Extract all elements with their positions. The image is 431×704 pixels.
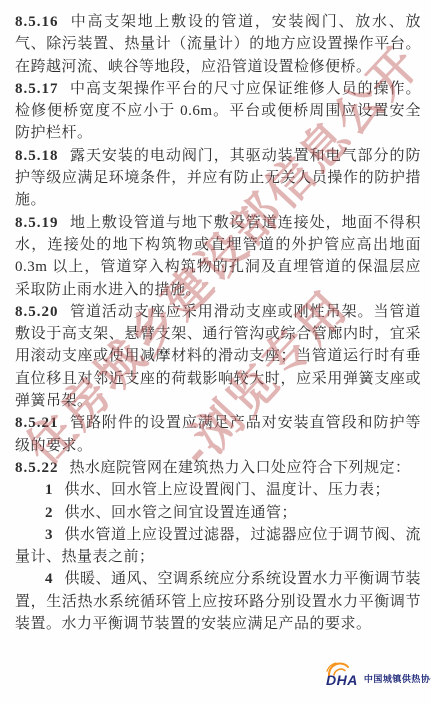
list-item: 3供水管道上应设置过滤器，过滤器应位于调节阀、流量计、热量表之前； <box>15 524 421 569</box>
cdha-logo: DHA 中国城镇供热协会 <box>326 662 431 690</box>
list-item-number: 4 <box>45 571 54 587</box>
list-item: 2供水、回水管之间宜设置连通管； <box>15 502 421 524</box>
list-item-text: 供水管道上应设置过滤器，过滤器应位于调节阀、流量计、热量表之前； <box>15 527 421 565</box>
list-item-text: 供水、回水管上应设置阀门、温度计、压力表； <box>65 482 391 498</box>
section-number: 8.5.16 <box>15 14 59 30</box>
section-paragraph: 8.5.16中高支架地上敷设的管道，安装阀门、放水、放气、除污装置、热量计（流量… <box>15 11 421 78</box>
section-text: 地上敷设管道与地下敷设管道连接处，地面不得积水，连接处的地下构筑物或直埋管道的外… <box>15 215 421 298</box>
section-number: 8.5.20 <box>15 304 59 320</box>
section-number: 8.5.22 <box>15 460 59 476</box>
section-paragraph: 8.5.17中高支架操作平台的尺寸应保证维修人员的操作。检修便桥宽度不应小于 0… <box>15 78 421 145</box>
list-item-number: 3 <box>45 527 54 543</box>
list-item: 4供暖、通风、空调系统应分系统设置水力平衡调节装置，生活热水系统循环管上应按环路… <box>15 568 421 635</box>
document-text: 8.5.16中高支架地上敷设的管道，安装阀门、放水、放气、除污装置、热量计（流量… <box>15 11 421 635</box>
logo-org-name: 中国城镇供热协会 <box>364 672 431 685</box>
section-paragraph: 8.5.21管路附件的设置应满足产品对安装直管段和防护等级的要求。 <box>15 412 421 457</box>
section-paragraph: 8.5.22热水庭院管网在建筑热力入口处应符合下列规定： <box>15 457 421 479</box>
list-item-text: 供暖、通风、空调系统应分系统设置水力平衡调节装置，生活热水系统循环管上应按环路分… <box>15 571 421 632</box>
section-number: 8.5.19 <box>15 215 59 231</box>
section-text: 管道活动支座应采用滑动支座或刚性吊架。当管道敷设于高支架、悬臂支架、通行管沟或综… <box>15 304 421 409</box>
logo-rays-icon <box>326 662 356 676</box>
list-item-text: 供水、回水管之间宜设置连通管； <box>65 505 298 521</box>
section-text: 中高支架地上敷设的管道，安装阀门、放水、放气、除污装置、热量计（流量计）的地方应… <box>15 14 421 75</box>
list-item: 1供水、回水管上应设置阀门、温度计、压力表； <box>15 479 421 501</box>
list-item-number: 2 <box>45 505 54 521</box>
section-number: 8.5.17 <box>15 81 59 97</box>
section-text: 露天安装的电动阀门，其驱动装置和电气部分的防护等级应满足环境条件，并应有防止无关… <box>15 148 421 209</box>
section-number: 8.5.21 <box>15 415 59 431</box>
section-paragraph: 8.5.18露天安装的电动阀门，其驱动装置和电气部分的防护等级应满足环境条件，并… <box>15 145 421 212</box>
section-text: 热水庭院管网在建筑热力入口处应符合下列规定： <box>70 460 411 476</box>
section-text: 管路附件的设置应满足产品对安装直管段和防护等级的要求。 <box>15 415 421 453</box>
section-paragraph: 8.5.20管道活动支座应采用滑动支座或刚性吊架。当管道敷设于高支架、悬臂支架、… <box>15 301 421 412</box>
section-text: 中高支架操作平台的尺寸应保证维修人员的操作。检修便桥宽度不应小于 0.6m。平台… <box>15 81 421 142</box>
section-number: 8.5.18 <box>15 148 59 164</box>
section-paragraph: 8.5.19地上敷设管道与地下敷设管道连接处，地面不得积水，连接处的地下构筑物或… <box>15 212 421 301</box>
list-item-number: 1 <box>45 482 54 498</box>
document-page: 8.5.16中高支架地上敷设的管道，安装阀门、放水、放气、除污装置、热量计（流量… <box>0 0 431 704</box>
